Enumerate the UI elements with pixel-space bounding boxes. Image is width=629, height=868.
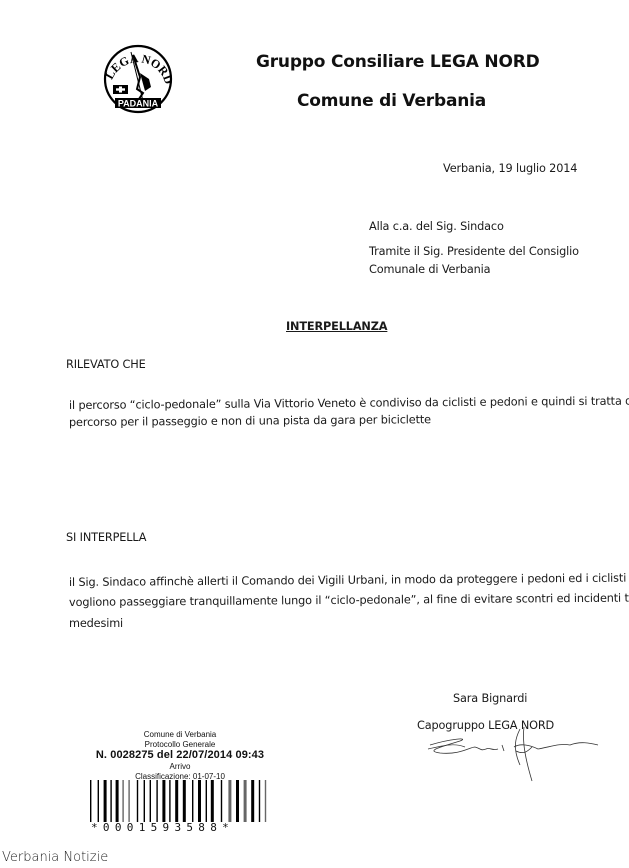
signer-name: Sara Bignardi bbox=[453, 692, 527, 705]
stamp-arrivo: Arrivo bbox=[80, 762, 280, 772]
handwritten-signature-icon bbox=[420, 725, 600, 785]
barcode-icon bbox=[90, 780, 268, 822]
date-line: Verbania, 19 luglio 2014 bbox=[443, 162, 577, 175]
municipality-heading: Comune di Verbania bbox=[297, 91, 486, 111]
lega-nord-logo-icon: LEGA NORD PADANIA bbox=[93, 43, 183, 115]
section-label-interpella: SI INTERPELLA bbox=[66, 531, 146, 544]
document-title: INTERPELLANZA bbox=[286, 320, 387, 333]
section1-line-1: il percorso “ciclo-pedonale” sulla Via V… bbox=[69, 394, 629, 412]
protocol-stamp: Comune di Verbania Protocollo Generale N… bbox=[80, 730, 280, 781]
section2-line-2: vogliono passeggiare tranquillamente lun… bbox=[69, 591, 629, 609]
barcode-text: *0001593588* bbox=[91, 821, 234, 834]
stamp-municipality: Comune di Verbania bbox=[80, 730, 280, 740]
watermark-text: Verbania Notizie bbox=[2, 850, 108, 865]
group-heading: Gruppo Consiliare LEGA NORD bbox=[256, 52, 540, 72]
recipient-line-2: Tramite il Sig. Presidente del Consiglio bbox=[369, 245, 579, 258]
stamp-protocol-number: N. 0028275 del 22/07/2014 09:43 bbox=[80, 749, 280, 762]
section2-line-1: il Sig. Sindaco affinchè allerti il Coma… bbox=[69, 571, 629, 589]
logo-bottom-text: PADANIA bbox=[118, 99, 159, 109]
stamp-protocol-label: Protocollo Generale bbox=[80, 740, 280, 750]
section-label-rilevato: RILEVATO CHE bbox=[66, 358, 146, 371]
recipient-line-1: Alla c.a. del Sig. Sindaco bbox=[369, 220, 504, 233]
recipient-line-3: Comunale di Verbania bbox=[369, 263, 490, 276]
section1-line-2: percorso per il passeggio e non di una p… bbox=[69, 413, 431, 429]
section2-line-3: medesimi bbox=[69, 617, 123, 630]
